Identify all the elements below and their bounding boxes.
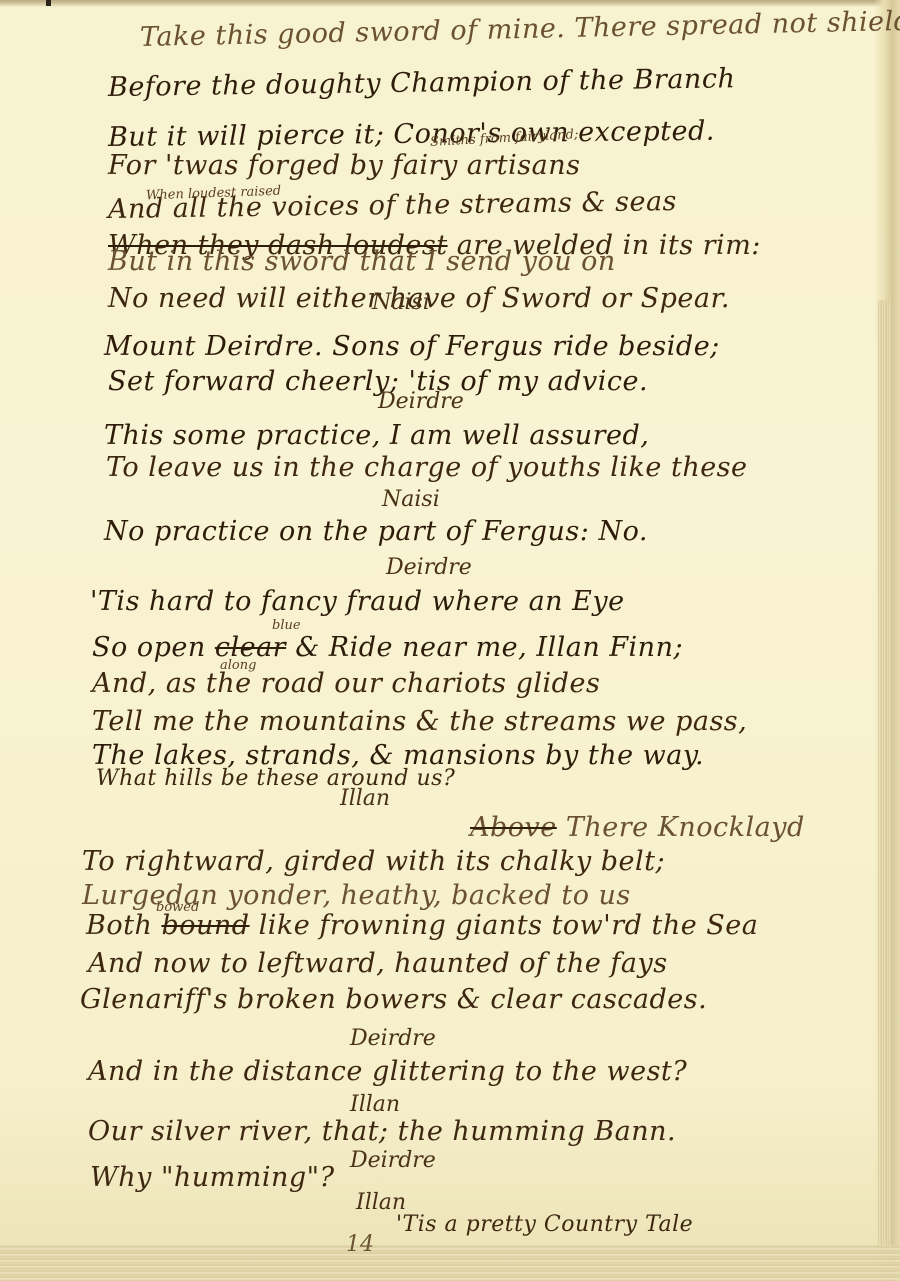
verse-line: And now to leftward, haunted of the fays bbox=[88, 948, 668, 979]
verse-line: What hills be these around us? bbox=[96, 766, 455, 791]
verse-line: Our silver river, that; the humming Bann… bbox=[88, 1116, 676, 1147]
verse-line: This some practice, I am well assured, bbox=[104, 420, 649, 451]
page-number: 14 bbox=[346, 1232, 374, 1257]
speaker-label: Illan bbox=[350, 1092, 400, 1117]
verse-line: Before the doughty Champion of the Branc… bbox=[108, 63, 736, 103]
speaker-label: Illan bbox=[340, 786, 390, 811]
manuscript-text: Take this good sword of mine. There spre… bbox=[0, 0, 900, 1281]
verse-line: 'Tis hard to fancy fraud where an Eye bbox=[90, 586, 625, 617]
speaker-label: Deirdre bbox=[350, 1026, 436, 1051]
speaker-label: Deirdre bbox=[386, 555, 472, 580]
verse-line: No practice on the part of Fergus: No. bbox=[104, 516, 648, 547]
speaker-label: Deirdre bbox=[378, 389, 464, 414]
verse-line: And in the distance glittering to the we… bbox=[88, 1056, 687, 1087]
verse-line: For 'twas forged by fairy artisans bbox=[108, 150, 580, 181]
verse-line: Mount Deirdre. Sons of Fergus ride besid… bbox=[104, 331, 720, 362]
speaker-label: Deirdre bbox=[350, 1148, 436, 1173]
struck-text: bound bbox=[161, 910, 249, 941]
verse-line: To leave us in the charge of youths like… bbox=[106, 452, 748, 483]
verse-line-struck: Above There Knocklayd bbox=[470, 812, 805, 843]
verse-line: Tell me the mountains & the streams we p… bbox=[92, 706, 747, 737]
verse-line-struck: Both bound like frowning giants tow'rd t… bbox=[86, 910, 758, 941]
verse-tail: There Knocklayd bbox=[566, 812, 805, 843]
speaker-label: Naisi bbox=[382, 487, 440, 512]
interlinear-insertion: blue bbox=[272, 618, 301, 633]
manuscript-page: Take this good sword of mine. There spre… bbox=[0, 0, 900, 1281]
verse-line: 'Tis a pretty Country Tale bbox=[396, 1212, 693, 1237]
verse-head: So open bbox=[92, 632, 206, 663]
verse-line: Why "humming"? bbox=[90, 1162, 335, 1193]
verse-line: To rightward, girded with its chalky bel… bbox=[82, 846, 665, 877]
verse-line: And, as the road our chariots glides bbox=[92, 668, 600, 699]
struck-text: Above bbox=[470, 812, 557, 843]
verse-line: But in this sword that I send you on bbox=[108, 246, 616, 277]
verse-tail: & Ride near me, Illan Finn; bbox=[295, 632, 683, 663]
verse-line-struck: So open clear & Ride near me, Illan Finn… bbox=[92, 632, 683, 663]
verse-line: Glenariff's broken bowers & clear cascad… bbox=[80, 984, 707, 1015]
speaker-label: Naisi bbox=[372, 290, 430, 315]
verse-tail: like frowning giants tow'rd the Sea bbox=[259, 910, 759, 941]
verse-head: Both bbox=[86, 910, 152, 941]
verse-line: But it will pierce it; Conor's own excep… bbox=[108, 116, 715, 153]
verse-line: Take this good sword of mine. There spre… bbox=[140, 6, 900, 53]
